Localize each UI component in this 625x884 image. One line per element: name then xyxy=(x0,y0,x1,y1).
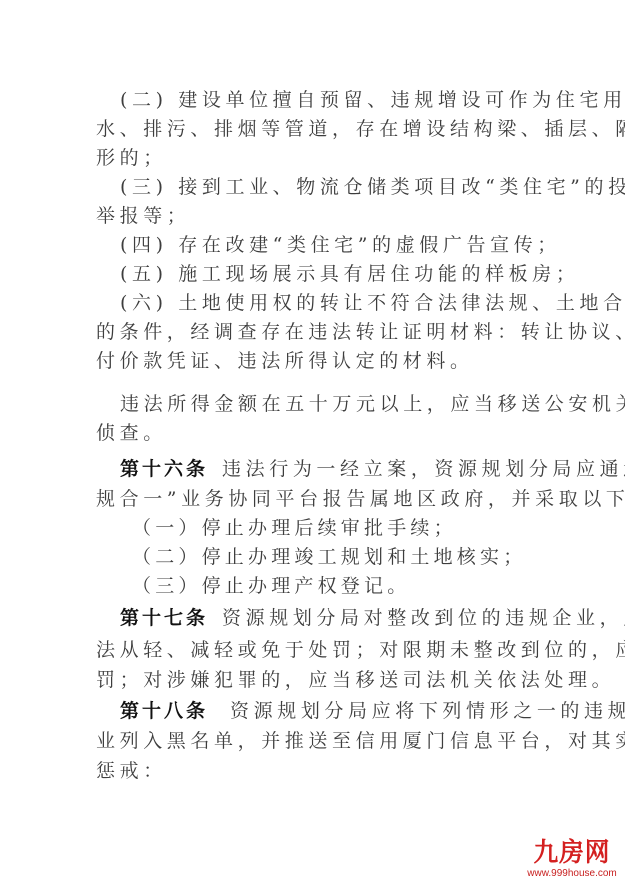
article-16-item-1: （一）停止办理后续审批手续； xyxy=(132,516,572,540)
document-page: (二) 建设单位擅自预留、违规增设可作为住宅用途的排 水、排污、排烟等管道，存在… xyxy=(0,0,625,884)
paragraph-line: 举报等； xyxy=(96,204,536,228)
paragraph-line: (六) 土地使用权的转让不符合法律法规、土地合同规定 xyxy=(120,291,560,315)
article-17-line-2: 法从轻、减轻或免于处罚；对限期未整改到位的，应从重处 xyxy=(96,638,536,662)
paragraph-line: (二) 建设单位擅自预留、违规增设可作为住宅用途的排 xyxy=(120,88,560,112)
article-17-line-1: 第十七条资源规划分局对整改到位的违规企业，应依 xyxy=(120,606,560,630)
article-18-line-1: 第十八条资源规划分局应将下列情形之一的违规企 xyxy=(120,699,560,723)
paragraph-line: 付价款凭证、违法所得认定的材料。 xyxy=(96,349,536,373)
article-16-line-1: 第十六条违法行为一经立案，资源规划分局应通过“多 xyxy=(120,457,560,481)
logo-url: www.999house.com xyxy=(522,868,622,879)
article-16-line-2: 规合一”业务协同平台报告属地区政府，并采取以下措施： xyxy=(96,487,536,511)
paragraph-line: 形的； xyxy=(96,146,536,170)
article-17-label: 第十七条 xyxy=(120,607,208,629)
paragraph-line: 违法所得金额在五十万元以上，应当移送公安机关立案 xyxy=(120,392,560,416)
paragraph-line: 的条件，经调查存在违法转让证明材料：转让协议、实际交 xyxy=(96,320,536,344)
article-18-text: 资源规划分局应将下列情形之一的违规企 xyxy=(230,700,625,722)
article-17-text: 资源规划分局对整改到位的违规企业，应依 xyxy=(222,607,625,629)
paragraph-line: (四) 存在改建“类住宅”的虚假广告宣传； xyxy=(120,233,560,257)
article-18-label: 第十八条 xyxy=(120,700,208,722)
paragraph-line: (五) 施工现场展示具有居住功能的样板房； xyxy=(120,262,560,286)
paragraph-line: 侦查。 xyxy=(96,421,536,445)
article-16-item-2: （二）停止办理竣工规划和土地核实； xyxy=(132,545,572,569)
article-16-item-3: （三）停止办理产权登记。 xyxy=(132,574,572,598)
logo-mark: 九房网 xyxy=(525,840,620,866)
paragraph-line: 水、排污、排烟等管道，存在增设结构梁、插层、隔墙等情 xyxy=(96,117,536,141)
watermark-logo: 九房网 www.999house.com xyxy=(522,840,622,879)
article-16-text: 违法行为一经立案，资源规划分局应通过“多 xyxy=(222,458,625,480)
article-16-label: 第十六条 xyxy=(120,458,208,480)
article-18-line-2: 业列入黑名单，并推送至信用厦门信息平台，对其实施联合 xyxy=(96,729,536,753)
article-17-line-3: 罚；对涉嫌犯罪的，应当移送司法机关依法处理。 xyxy=(96,668,536,692)
paragraph-line: (三) 接到工业、物流仓储类项目改“类住宅”的投诉、 xyxy=(120,175,560,199)
article-18-line-3: 惩戒： xyxy=(96,759,536,783)
